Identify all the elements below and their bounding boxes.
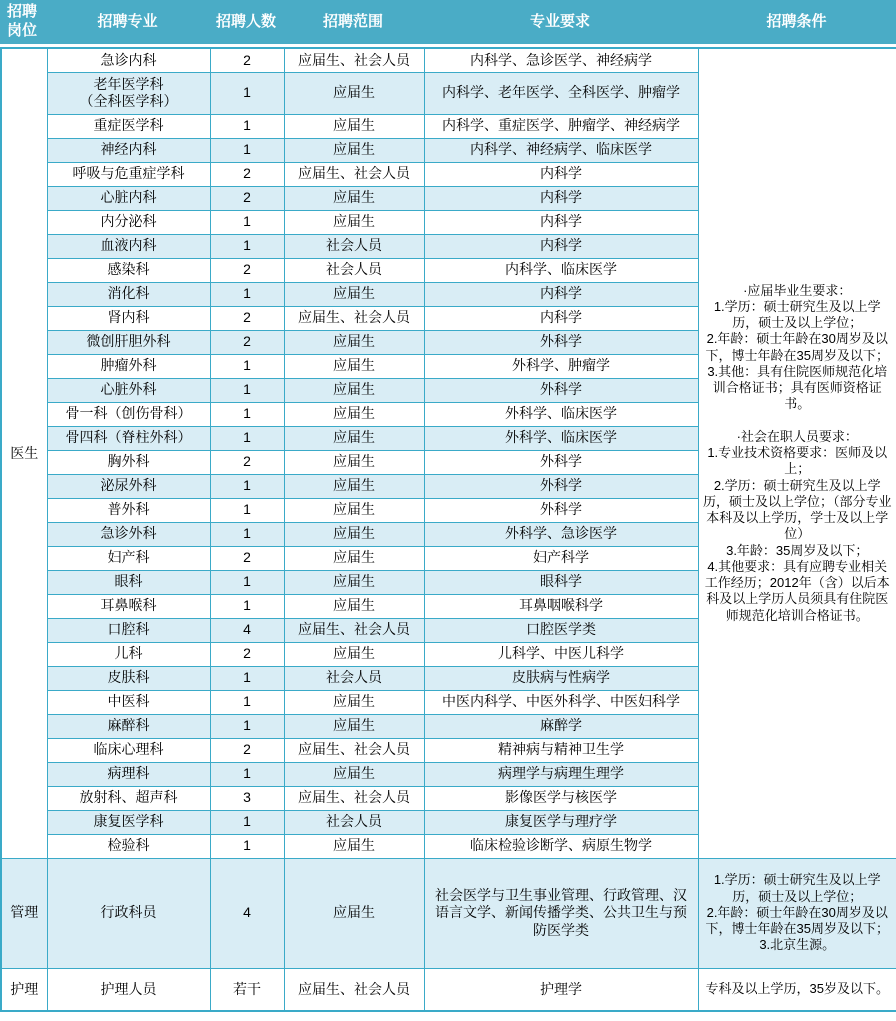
cell-requirement: 内科学 xyxy=(424,210,698,234)
cell-scope: 应届生、社会人员 xyxy=(284,48,424,72)
cell-requirement: 外科学 xyxy=(424,498,698,522)
cell-major: 耳鼻喉科 xyxy=(47,594,210,618)
cell-count: 1 xyxy=(210,354,284,378)
cell-requirement: 内科学 xyxy=(424,186,698,210)
cell-conditions: 1.学历：硕士研究生及以上学历，硕士及以上学位； 2.年龄：硕士年龄在30周岁及… xyxy=(698,858,896,968)
cell-scope: 应届生、社会人员 xyxy=(284,786,424,810)
column-header: 招聘条件 xyxy=(697,0,896,44)
column-header: 招聘岗位 xyxy=(0,0,46,44)
cell-major: 消化科 xyxy=(47,282,210,306)
recruitment-table: 医生急诊内科2应届生、社会人员内科学、急诊医学、神经病学·应届毕业生要求： 1.… xyxy=(0,47,896,1012)
cell-scope: 应届生 xyxy=(284,186,424,210)
cell-count: 4 xyxy=(210,618,284,642)
cell-major: 呼吸与危重症学科 xyxy=(47,162,210,186)
cell-major: 临床心理科 xyxy=(47,738,210,762)
cell-requirement: 妇产科学 xyxy=(424,546,698,570)
cell-major: 检验科 xyxy=(47,834,210,858)
table-row: 管理行政科员4应届生社会医学与卫生事业管理、行政管理、汉语言文学、新闻传播学类、… xyxy=(1,858,896,968)
cell-requirement: 眼科学 xyxy=(424,570,698,594)
cell-scope: 应届生 xyxy=(284,714,424,738)
cell-scope: 应届生 xyxy=(284,330,424,354)
cell-requirement: 社会医学与卫生事业管理、行政管理、汉语言文学、新闻传播学类、公共卫生与预防医学类 xyxy=(424,858,698,968)
cell-requirement: 外科学 xyxy=(424,474,698,498)
cell-scope: 应届生 xyxy=(284,858,424,968)
cell-count: 2 xyxy=(210,738,284,762)
cell-major: 行政科员 xyxy=(47,858,210,968)
cell-scope: 应届生 xyxy=(284,522,424,546)
cell-requirement: 口腔医学类 xyxy=(424,618,698,642)
cell-major: 骨一科（创伤骨科） xyxy=(47,402,210,426)
cell-scope: 应届生 xyxy=(284,762,424,786)
cell-scope: 应届生 xyxy=(284,498,424,522)
cell-scope: 应届生 xyxy=(284,474,424,498)
cell-count: 1 xyxy=(210,114,284,138)
cell-count: 1 xyxy=(210,834,284,858)
table-header-row: 招聘岗位招聘专业招聘人数招聘范围专业要求招聘条件 xyxy=(0,0,896,44)
cell-count: 1 xyxy=(210,690,284,714)
cell-count: 4 xyxy=(210,858,284,968)
cell-scope: 社会人员 xyxy=(284,234,424,258)
column-header: 招聘专业 xyxy=(46,0,209,44)
cell-requirement: 外科学 xyxy=(424,450,698,474)
cell-requirement: 内科学、神经病学、临床医学 xyxy=(424,138,698,162)
cell-requirement: 麻醉学 xyxy=(424,714,698,738)
cell-scope: 应届生 xyxy=(284,546,424,570)
cell-scope: 应届生 xyxy=(284,210,424,234)
cell-count: 1 xyxy=(210,666,284,690)
cell-count: 1 xyxy=(210,474,284,498)
cell-requirement: 外科学 xyxy=(424,330,698,354)
column-header: 招聘人数 xyxy=(209,0,283,44)
cell-count: 2 xyxy=(210,162,284,186)
cell-major: 神经内科 xyxy=(47,138,210,162)
cell-requirement: 外科学、肿瘤学 xyxy=(424,354,698,378)
cell-requirement: 精神病与精神卫生学 xyxy=(424,738,698,762)
cell-major: 肾内科 xyxy=(47,306,210,330)
cell-major: 眼科 xyxy=(47,570,210,594)
cell-major: 内分泌科 xyxy=(47,210,210,234)
cell-count: 2 xyxy=(210,48,284,72)
cell-scope: 应届生、社会人员 xyxy=(284,162,424,186)
cell-requirement: 内科学、老年医学、全科医学、肿瘤学 xyxy=(424,72,698,114)
cell-scope: 应届生 xyxy=(284,114,424,138)
cell-major: 骨四科（脊柱外科） xyxy=(47,426,210,450)
cell-scope: 应届生 xyxy=(284,690,424,714)
cell-count: 2 xyxy=(210,642,284,666)
cell-scope: 应届生 xyxy=(284,834,424,858)
cell-scope: 应届生、社会人员 xyxy=(284,738,424,762)
cell-count: 1 xyxy=(210,282,284,306)
cell-requirement: 临床检验诊断学、病原生物学 xyxy=(424,834,698,858)
cell-count: 1 xyxy=(210,72,284,114)
cell-requirement: 儿科学、中医儿科学 xyxy=(424,642,698,666)
cell-count: 1 xyxy=(210,762,284,786)
cell-count: 3 xyxy=(210,786,284,810)
cell-scope: 应届生、社会人员 xyxy=(284,968,424,1011)
cell-requirement: 内科学、重症医学、肿瘤学、神经病学 xyxy=(424,114,698,138)
cell-requirement: 内科学 xyxy=(424,282,698,306)
cell-major: 康复医学科 xyxy=(47,810,210,834)
cell-requirement: 中医内科学、中医外科学、中医妇科学 xyxy=(424,690,698,714)
cell-major: 普外科 xyxy=(47,498,210,522)
cell-major: 儿科 xyxy=(47,642,210,666)
cell-major: 口腔科 xyxy=(47,618,210,642)
cell-major: 麻醉科 xyxy=(47,714,210,738)
table-row: 护理护理人员若干应届生、社会人员护理学专科及以上学历，35岁及以下。 xyxy=(1,968,896,1011)
cell-scope: 应届生、社会人员 xyxy=(284,306,424,330)
cell-major: 肿瘤外科 xyxy=(47,354,210,378)
column-header: 专业要求 xyxy=(423,0,697,44)
cell-requirement: 护理学 xyxy=(424,968,698,1011)
cell-count: 若干 xyxy=(210,968,284,1011)
cell-major: 血液内科 xyxy=(47,234,210,258)
cell-conditions: ·应届毕业生要求： 1.学历：硕士研究生及以上学历，硕士及以上学位； 2.年龄：… xyxy=(698,48,896,858)
cell-count: 1 xyxy=(210,498,284,522)
cell-requirement: 外科学 xyxy=(424,378,698,402)
cell-scope: 应届生 xyxy=(284,642,424,666)
cell-count: 2 xyxy=(210,306,284,330)
cell-scope: 应届生 xyxy=(284,138,424,162)
cell-scope: 应届生 xyxy=(284,282,424,306)
cell-major: 心脏外科 xyxy=(47,378,210,402)
group-cell: 护理 xyxy=(1,968,47,1011)
cell-scope: 应届生 xyxy=(284,570,424,594)
cell-count: 2 xyxy=(210,546,284,570)
cell-conditions: 专科及以上学历，35岁及以下。 xyxy=(698,968,896,1011)
cell-scope: 社会人员 xyxy=(284,666,424,690)
cell-major: 胸外科 xyxy=(47,450,210,474)
cell-scope: 应届生、社会人员 xyxy=(284,618,424,642)
group-cell: 医生 xyxy=(1,48,47,858)
group-cell: 管理 xyxy=(1,858,47,968)
cell-major: 放射科、超声科 xyxy=(47,786,210,810)
cell-requirement: 内科学 xyxy=(424,162,698,186)
cell-count: 1 xyxy=(210,714,284,738)
cell-scope: 社会人员 xyxy=(284,810,424,834)
cell-major: 急诊内科 xyxy=(47,48,210,72)
cell-major: 妇产科 xyxy=(47,546,210,570)
cell-scope: 应届生 xyxy=(284,378,424,402)
cell-scope: 应届生 xyxy=(284,354,424,378)
cell-scope: 社会人员 xyxy=(284,258,424,282)
cell-requirement: 内科学 xyxy=(424,234,698,258)
cell-major: 皮肤科 xyxy=(47,666,210,690)
cell-count: 1 xyxy=(210,402,284,426)
cell-requirement: 外科学、临床医学 xyxy=(424,402,698,426)
cell-major: 中医科 xyxy=(47,690,210,714)
cell-requirement: 内科学、临床医学 xyxy=(424,258,698,282)
cell-requirement: 耳鼻咽喉科学 xyxy=(424,594,698,618)
cell-count: 2 xyxy=(210,450,284,474)
cell-major: 微创肝胆外科 xyxy=(47,330,210,354)
cell-count: 2 xyxy=(210,186,284,210)
cell-scope: 应届生 xyxy=(284,450,424,474)
cell-count: 2 xyxy=(210,330,284,354)
cell-major: 老年医学科 （全科医学科） xyxy=(47,72,210,114)
cell-count: 1 xyxy=(210,594,284,618)
cell-count: 1 xyxy=(210,210,284,234)
cell-requirement: 外科学、急诊医学 xyxy=(424,522,698,546)
cell-major: 心脏内科 xyxy=(47,186,210,210)
cell-count: 2 xyxy=(210,258,284,282)
cell-requirement: 外科学、临床医学 xyxy=(424,426,698,450)
cell-major: 感染科 xyxy=(47,258,210,282)
cell-major: 护理人员 xyxy=(47,968,210,1011)
cell-requirement: 内科学、急诊医学、神经病学 xyxy=(424,48,698,72)
cell-major: 急诊外科 xyxy=(47,522,210,546)
cell-requirement: 影像医学与核医学 xyxy=(424,786,698,810)
cell-scope: 应届生 xyxy=(284,594,424,618)
cell-requirement: 内科学 xyxy=(424,306,698,330)
cell-requirement: 康复医学与理疗学 xyxy=(424,810,698,834)
cell-requirement: 皮肤病与性病学 xyxy=(424,666,698,690)
cell-scope: 应届生 xyxy=(284,402,424,426)
cell-count: 1 xyxy=(210,378,284,402)
cell-count: 1 xyxy=(210,138,284,162)
cell-major: 重症医学科 xyxy=(47,114,210,138)
cell-major: 泌尿外科 xyxy=(47,474,210,498)
cell-scope: 应届生 xyxy=(284,426,424,450)
cell-count: 1 xyxy=(210,522,284,546)
cell-scope: 应届生 xyxy=(284,72,424,114)
cell-count: 1 xyxy=(210,234,284,258)
cell-count: 1 xyxy=(210,426,284,450)
column-header: 招聘范围 xyxy=(283,0,423,44)
recruitment-table-page: 招聘岗位招聘专业招聘人数招聘范围专业要求招聘条件 医生急诊内科2应届生、社会人员… xyxy=(0,0,896,1021)
cell-count: 1 xyxy=(210,810,284,834)
cell-count: 1 xyxy=(210,570,284,594)
cell-major: 病理科 xyxy=(47,762,210,786)
cell-requirement: 病理学与病理生理学 xyxy=(424,762,698,786)
table-row: 医生急诊内科2应届生、社会人员内科学、急诊医学、神经病学·应届毕业生要求： 1.… xyxy=(1,48,896,72)
